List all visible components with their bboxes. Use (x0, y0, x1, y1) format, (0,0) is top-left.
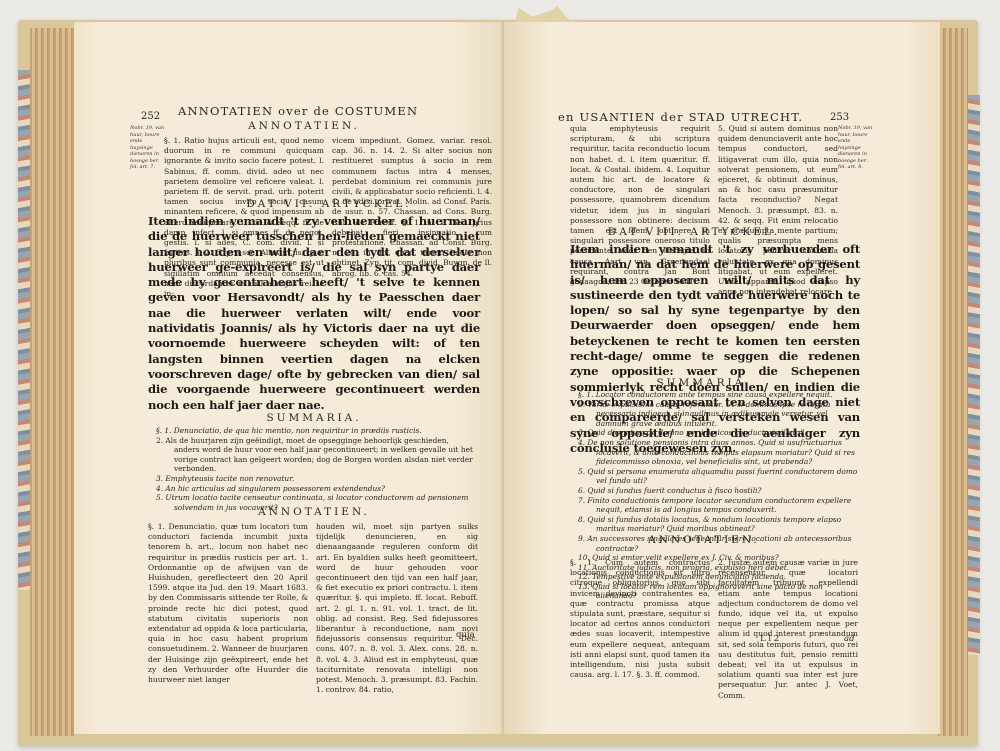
annotation-column-1: §. 1. Denunciatio, quæ tum locatori tum … (148, 522, 308, 685)
article-title: DAT VIII. ARTYCKEL. (564, 226, 824, 238)
section-title: ANNOTATIEN. (564, 534, 844, 546)
page-edges-right (938, 28, 968, 736)
annotation-column-1: §. 1. Cum autem contractus locationis co… (570, 558, 710, 680)
article-text: Item indien yemandt 't zy verhuerder of … (148, 214, 480, 413)
page-number: 253 (830, 112, 849, 123)
running-head: en USANTIEN der STAD UTRECHT. (558, 110, 803, 124)
summaria-item: 2. Als de huurjaren zijn geëindigt, moet… (148, 436, 474, 474)
summaria-item: 7. Finito conductionis tempore locator s… (570, 496, 860, 515)
marbled-board-right (966, 95, 980, 655)
running-head: ANNOTATIEN over de COSTUMEN (178, 104, 418, 118)
summaria-item: §. 1. Denunciatio, de qua hic mentio, no… (148, 426, 474, 436)
summaria-item: 3. Quid dicendum de damno per inimicos c… (570, 428, 860, 438)
summaria-item: 8. Quid si fundus dotalis locatus, & non… (570, 515, 860, 534)
summaria-item: 2. Variæ expulsionis causæ referuntur. U… (570, 400, 860, 429)
summaria-item: 3. Emphyteusis tacite non renovatur. (148, 474, 474, 484)
annotation-column-2: houden wil, moet sijn partyen sulks tijd… (316, 522, 478, 695)
catchword: quia (456, 630, 475, 640)
signature-mark: L l 2 (760, 634, 779, 644)
right-page: en USANTIEN der STAD UTRECHT. 253 Nobr. … (504, 22, 940, 734)
summaria-item: 4. An hic articulus ad singularem posses… (148, 484, 474, 494)
summaria-item: §. 1. Locator conductorem ante tempus si… (570, 390, 860, 400)
page-edges-left (30, 28, 76, 736)
catchword: ad (844, 634, 855, 644)
summaria-title: SUMMARIA. (164, 412, 464, 424)
margin-note: Nobr. 19, van huur, boure ende huysinge … (130, 125, 166, 171)
page-number: 252 (141, 111, 160, 122)
section-title: ANNOTATIEN. (164, 506, 464, 518)
article-title: DAT VII. ARTYCKEL. (164, 198, 494, 210)
section-title: ANNOTATIEN. (164, 120, 444, 132)
annotation-column-2: 2. Justæ autem causæ variæ in jure recen… (718, 558, 858, 701)
margin-note: Nobr. 19, van huur, boure ende huysinge … (838, 125, 874, 171)
summaria-item: 5. Quid si persona enumerata aliquamdiu … (570, 467, 860, 486)
summaria-list: §. 1. Denunciatio, de qua hic mentio, no… (148, 426, 474, 512)
summaria-item: 6. Quid si fundus fuerit conductus à fis… (570, 486, 860, 496)
left-page: 252 ANNOTATIEN over de COSTUMEN Nobr. 19… (74, 22, 504, 734)
summaria-title: SUMMARIA. (564, 377, 844, 389)
summaria-item: 4. De non solutione pensionis intra duos… (570, 438, 860, 467)
